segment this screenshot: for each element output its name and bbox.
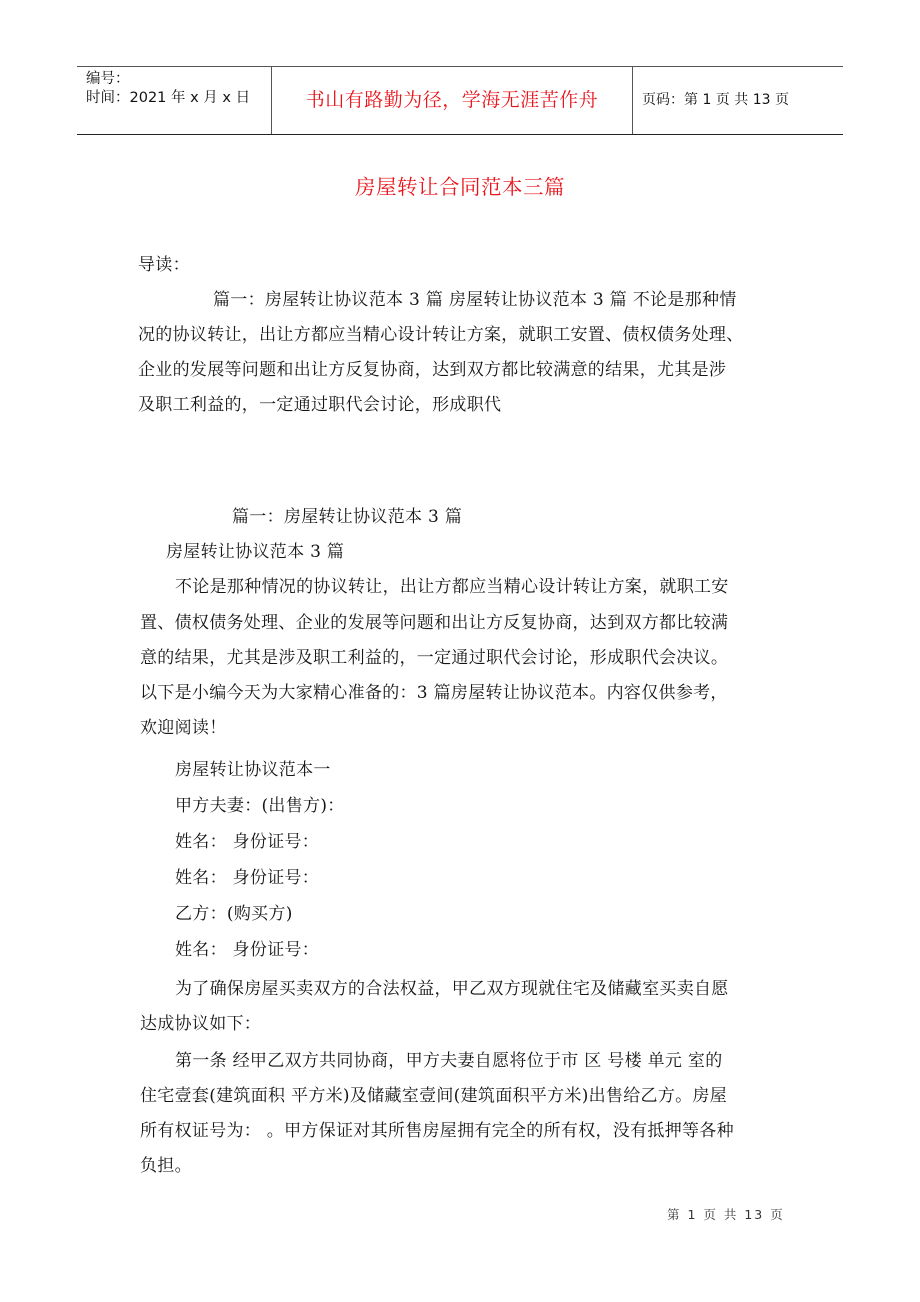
paragraph-line: 为了确保房屋买卖双方的合法权益，甲乙双方现就住宅及储藏室买卖自愿 bbox=[175, 977, 729, 1001]
intro-line: 及职工利益的，一定通过职代会讨论，形成职代 bbox=[138, 393, 501, 417]
party-a-label: 甲方夫妻：(出售方)： bbox=[175, 794, 345, 818]
intro-line: 篇一：房屋转让协议范本 3 篇 房屋转让协议范本 3 篇 不论是那种情 bbox=[213, 288, 737, 312]
header-meta-cell: 编号： 时间：2021 年 x 月 x 日 bbox=[77, 67, 272, 134]
header-page-cell: 页码：第 1 页 共 13 页 bbox=[633, 67, 843, 134]
footer-page-number: 第 1 页 共 13 页 bbox=[667, 1205, 785, 1223]
paragraph-line: 意的结果，尤其是涉及职工利益的，一定通过职代会讨论，形成职代会决议。 bbox=[140, 646, 728, 670]
document-title: 房屋转让合同范本三篇 bbox=[0, 170, 920, 200]
page-header-table: 编号： 时间：2021 年 x 月 x 日 书山有路勤为径，学海无涯苦作舟 页码… bbox=[77, 66, 843, 135]
article-line: 第一条 经甲乙双方共同协商，甲方夫妻自愿将位于市 区 号楼 单元 室的 bbox=[175, 1049, 723, 1073]
paragraph-line: 以下是小编今天为大家精心准备的：3 篇房屋转让协议范本。内容仅供参考， bbox=[140, 681, 728, 705]
motto-text: 书山有路勤为径，学海无涯苦作舟 bbox=[306, 85, 599, 112]
intro-line: 企业的发展等问题和出让方反复协商，达到双方都比较满意的结果，尤其是涉 bbox=[138, 358, 726, 382]
header-motto-cell: 书山有路勤为径，学海无涯苦作舟 bbox=[272, 67, 633, 134]
party-b-label: 乙方：(购买方) bbox=[175, 902, 293, 926]
page-info: 页码：第 1 页 共 13 页 bbox=[642, 89, 789, 109]
paragraph-line: 置、债权债务处理、企业的发展等问题和出让方反复协商，达到双方都比较满 bbox=[140, 611, 728, 635]
party-a-name-id-1: 姓名： 身份证号： bbox=[175, 830, 319, 854]
article-line: 住宅壹套(建筑面积 平方米)及储藏室壹间(建筑面积平方米)出售给乙方。房屋 bbox=[140, 1084, 727, 1108]
serial-number-label: 编号： bbox=[86, 70, 271, 89]
article-line: 负担。 bbox=[140, 1154, 192, 1178]
contract-title: 房屋转让协议范本一 bbox=[175, 758, 331, 782]
date-label: 时间：2021 年 x 月 x 日 bbox=[86, 89, 271, 108]
party-b-name-id: 姓名： 身份证号： bbox=[175, 938, 319, 962]
paragraph-line: 不论是那种情况的协议转让，出让方都应当精心设计转让方案，就职工安 bbox=[175, 575, 729, 599]
intro-line: 况的协议转让，出让方都应当精心设计转让方案，就职工安置、债权债务处理、 bbox=[138, 323, 744, 347]
subheading: 房屋转让协议范本 3 篇 bbox=[166, 540, 344, 564]
article-line: 所有权证号为： 。甲方保证对其所售房屋拥有完全的所有权，没有抵押等各种 bbox=[140, 1119, 734, 1143]
intro-label: 导读： bbox=[138, 253, 190, 277]
paragraph-line: 欢迎阅读！ bbox=[140, 716, 227, 740]
party-a-name-id-2: 姓名： 身份证号： bbox=[175, 866, 319, 890]
paragraph-line: 达成协议如下： bbox=[140, 1012, 261, 1036]
section-heading: 篇一：房屋转让协议范本 3 篇 bbox=[232, 505, 462, 529]
